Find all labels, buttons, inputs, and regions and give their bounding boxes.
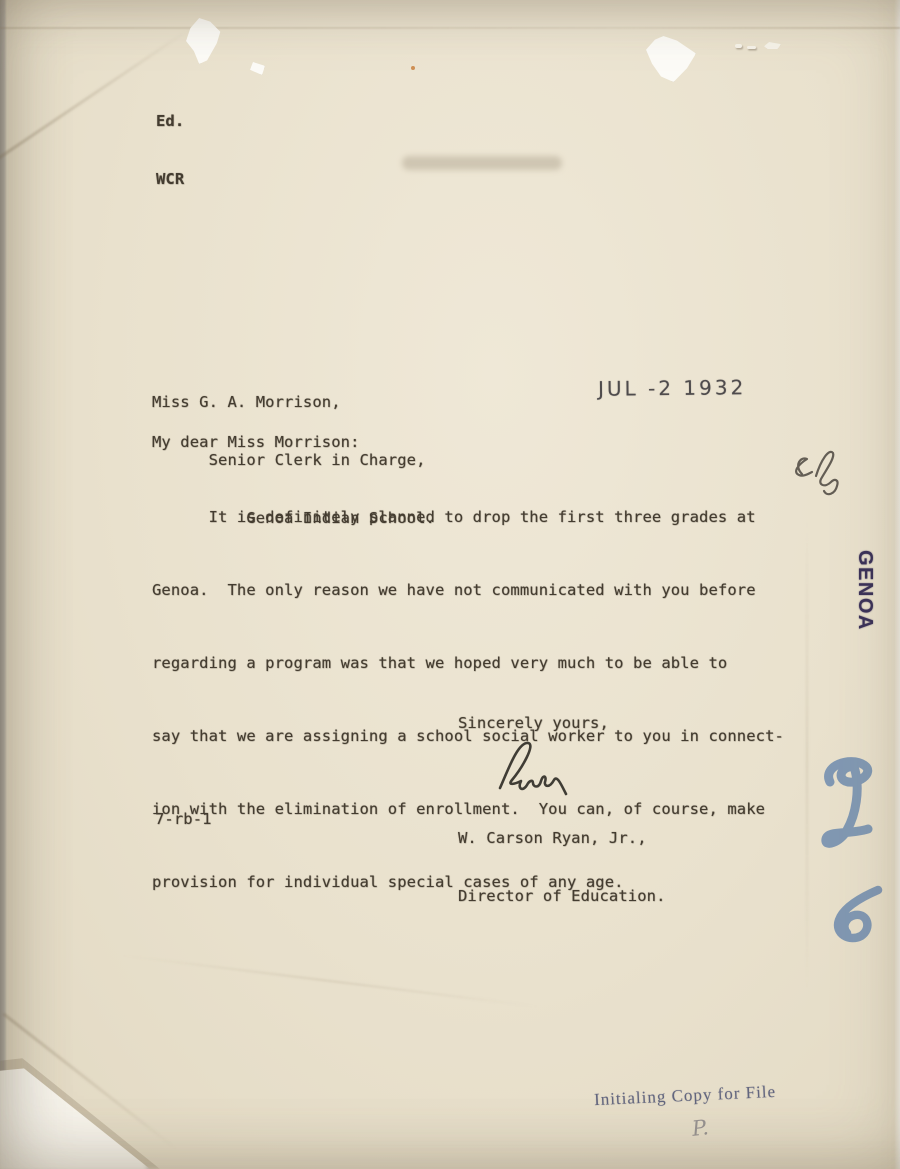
signer-block: W. Carson Ryan, Jr., Director of Educati… <box>458 793 666 945</box>
ghost-text-impression <box>402 156 562 170</box>
paper-speck <box>747 46 756 49</box>
blue-crayon-mark-bottom <box>826 882 888 946</box>
scanned-letter: Ed. WCR Miss G. A. Morrison, Senior Cler… <box>0 0 900 1169</box>
recipient-line-1: Miss G. A. Morrison, <box>152 393 435 415</box>
blue-crayon-mark-top <box>816 756 894 860</box>
closing: Sincerely yours, <box>458 714 609 732</box>
pencil-initials <box>786 442 848 500</box>
corner-initials-line1: Ed. <box>156 112 194 134</box>
signature-script <box>488 736 570 800</box>
salutation: My dear Miss Morrison: <box>152 433 360 451</box>
signer-title: Director of Education. <box>458 887 666 909</box>
corner-initials: Ed. WCR <box>156 76 194 228</box>
paper-speck <box>735 44 742 48</box>
body-line: Genoa. The only reason we have not commu… <box>152 581 784 618</box>
genoa-stamp: GENOA <box>853 550 876 631</box>
corner-initials-line2: WCR <box>156 170 194 192</box>
body-line: regarding a program was that we hoped ve… <box>152 654 784 691</box>
body-line: say that we are assigning a school socia… <box>152 727 784 764</box>
body-line: It is definitely planned to drop the fir… <box>152 508 784 545</box>
reference-code: 7-rb-1 <box>155 810 212 828</box>
recipient-line-2: Senior Clerk in Charge, <box>152 451 435 473</box>
date-received-stamp: JUL -2 1932 <box>598 375 746 401</box>
signer-name: W. Carson Ryan, Jr., <box>458 829 666 851</box>
paper-speck <box>411 66 415 70</box>
scan-edge-left <box>0 0 7 1080</box>
scan-edge-right <box>894 0 900 1169</box>
file-initial-handwritten: P. <box>691 1115 710 1141</box>
